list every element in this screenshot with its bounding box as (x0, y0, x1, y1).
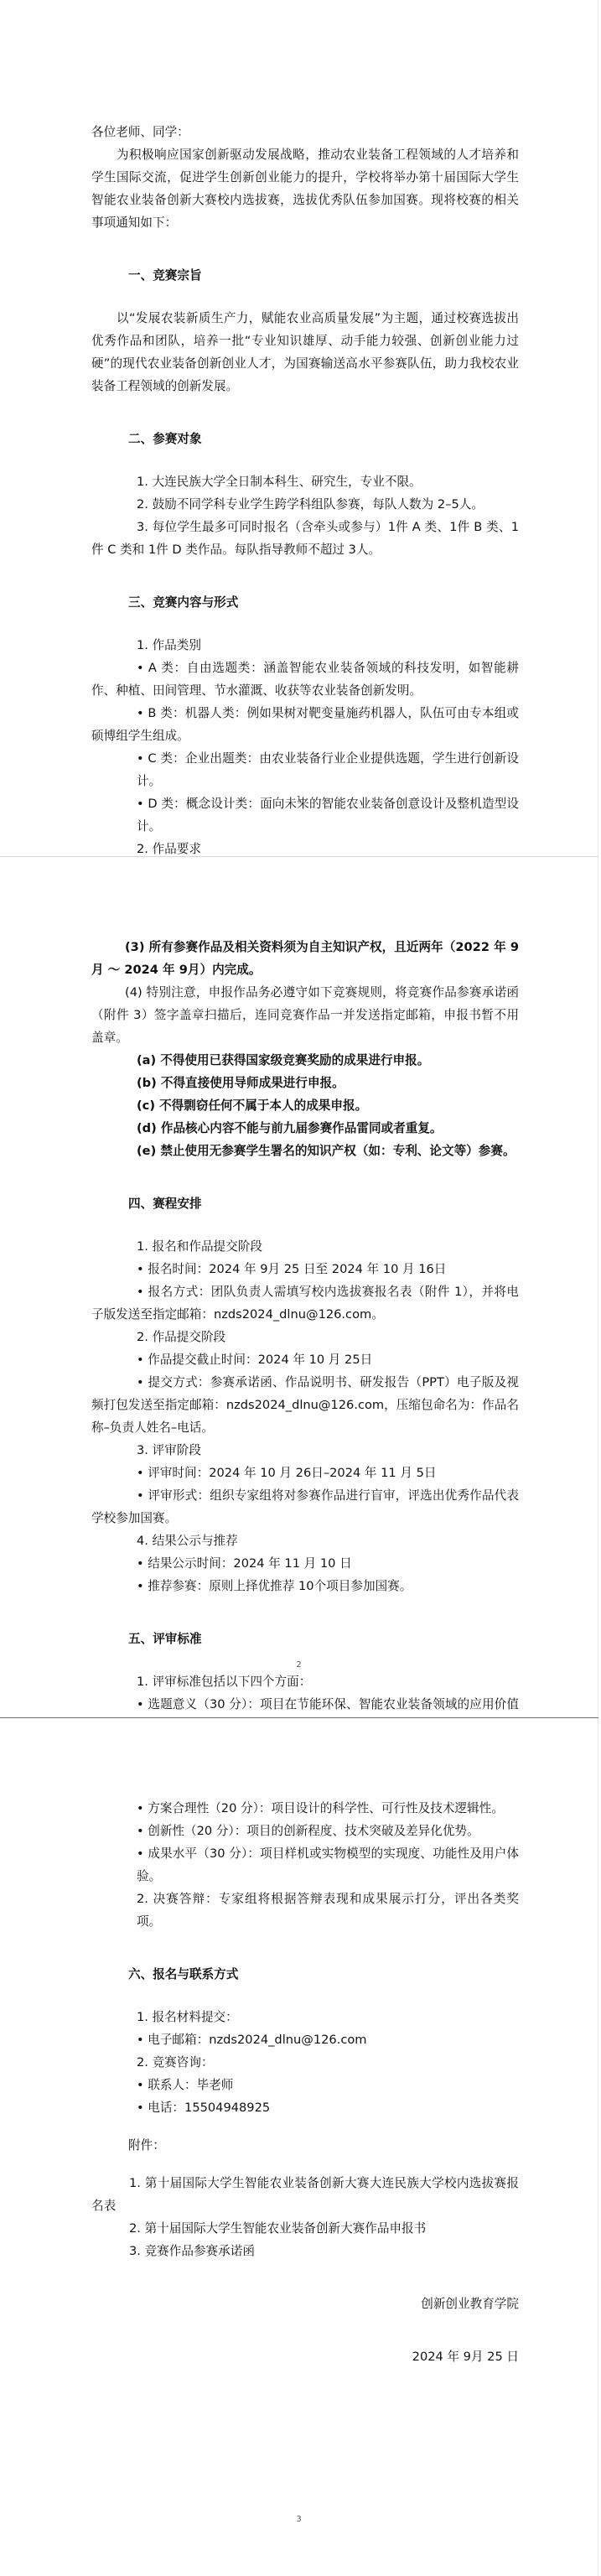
attachment-1: 1. 第十届国际大学生智能农业装备创新大赛大连民族大学校内选拔赛报名表 (91, 2172, 519, 2217)
rule-b: (b) 不得直接使用导师成果进行申报。 (91, 1072, 519, 1094)
page-number: 1 (0, 795, 598, 804)
category-heading: 1. 作品类别 (91, 634, 519, 657)
stage-1-bullet-2: • 报名方式：团队负责人需填写校内选拔赛报名表（附件 1），并将电子版发送至指定… (91, 1280, 519, 1326)
signature-date: 2024 年 9月 25 日 (91, 2345, 519, 2368)
scrollbar-track[interactable] (598, 0, 598, 2576)
submit-heading: 1. 报名材料提交： (91, 2006, 519, 2028)
requirement-4: (4) 特别注意，申报作品务必遵守如下竞赛规则，将竞赛作品参赛承诺函（附件 3）… (91, 981, 519, 1049)
signature-org: 创新创业教育学院 (91, 2293, 519, 2315)
section-heading-participants: 二、参赛对象 (91, 428, 519, 450)
participant-item-2: 2. 鼓励不同学科专业学生跨学科组队参赛，每队人数为 2–5人。 (91, 493, 519, 516)
requirement-3: (3) 所有参赛作品及相关资料须为自主知识产权，且近两年（2022 年 9月 ～… (91, 936, 519, 981)
rule-a: (a) 不得使用已获得国家级竞赛奖励的成果进行申报。 (91, 1049, 519, 1072)
stage-1-heading: 1. 报名和作品提交阶段 (91, 1235, 519, 1258)
page-1: 各位老师、同学： 为积极响应国家创新驱动发展战略，推动农业装备工程领域的人才培养… (0, 0, 598, 856)
section-heading-criteria: 五、评审标准 (91, 1628, 519, 1650)
rule-d: (d) 作品核心内容不能与前九届参赛作品雷同或者重复。 (91, 1117, 519, 1140)
purpose-paragraph: 以“发展农装新质生产力，赋能农业高质量发展”为主题，通过校赛选拔出优秀作品和团队… (91, 307, 519, 397)
section-heading-schedule: 四、赛程安排 (91, 1192, 519, 1215)
stage-4-heading: 4. 结果公示与推荐 (91, 1529, 519, 1552)
page-number: 2 (0, 1660, 598, 1670)
participant-item-1: 1. 大连民族大学全日制本科生、研究生，专业不限。 (91, 470, 519, 493)
contact-phone: • 电话：15504948925 (91, 2096, 519, 2119)
criterion-innovation: • 创新性（20 分）：项目的创新程度、技术突破及差异化优势。 (91, 1820, 519, 1842)
page-number: 3 (0, 2515, 598, 2524)
category-b: • B 类：机器人类：例如果树对靶变量施药机器人，队伍可由专本组或硕博组学生组成… (91, 702, 519, 747)
page-2-content: (3) 所有参赛作品及相关资料须为自主知识产权，且近两年（2022 年 9月 ～… (91, 936, 519, 1738)
section-heading-content: 三、竞赛内容与形式 (91, 591, 519, 614)
category-c: • C 类：企业出题类：由农业装备行业企业提供选题，学生进行创新设计。 (91, 747, 519, 792)
criterion-results: • 成果水平（30 分）：项目样机或实物模型的实现度、功能性及用户体验。 (91, 1842, 519, 1888)
greeting: 各位老师、同学： (91, 121, 519, 143)
page-3-content: • 方案合理性（20 分）：项目设计的科学性、可行性及技术逻辑性。 • 创新性（… (91, 1797, 519, 2368)
stage-4-bullet-2: • 推荐参赛：原则上择优推荐 10个项目参加国赛。 (91, 1575, 519, 1597)
stage-4-bullet-1: • 结果公示时间：2024 年 11 月 10 日 (91, 1552, 519, 1575)
contact-email[interactable]: • 电子邮箱：nzds2024_dlnu@126.com (91, 2028, 519, 2051)
section-heading-purpose: 一、竞赛宗旨 (91, 264, 519, 287)
page-3: • 方案合理性（20 分）：项目设计的科学性、可行性及技术逻辑性。 • 创新性（… (0, 1718, 598, 2576)
attachment-3: 3. 竞赛作品参赛承诺函 (91, 2240, 519, 2262)
page-2: (3) 所有参赛作品及相关资料须为自主知识产权，且近两年（2022 年 9月 ～… (0, 857, 598, 1717)
attachment-2: 2. 第十届国际大学生智能农业装备创新大赛作品申报书 (91, 2217, 519, 2240)
participant-item-3: 3. 每位学生最多可同时报名（含牵头或参与）1件 A 类、1件 B 类、1件 C… (91, 516, 519, 561)
contact-person: • 联系人：毕老师 (91, 2074, 519, 2096)
consult-heading: 2. 竞赛咨询： (91, 2051, 519, 2074)
criterion-feasibility: • 方案合理性（20 分）：项目设计的科学性、可行性及技术逻辑性。 (91, 1797, 519, 1820)
section-heading-contact: 六、报名与联系方式 (91, 1963, 519, 1986)
stage-2-heading: 2. 作品提交阶段 (91, 1326, 519, 1348)
rule-c: (c) 不得剽窃任何不属于本人的成果申报。 (91, 1094, 519, 1117)
category-a: • A 类：自由选题类：涵盖智能农业装备领域的科技发明，如智能耕作、种植、田间管… (91, 657, 519, 702)
stage-2-bullet-2: • 提交方式：参赛承诺函、作品说明书、研发报告（PPT）电子版及视频打包发送至指… (91, 1371, 519, 1439)
stage-3-heading: 3. 评审阶段 (91, 1439, 519, 1462)
stage-2-bullet-1: • 作品提交截止时间：2024 年 10 月 25日 (91, 1348, 519, 1371)
final-defense: 2. 决赛答辩：专家组将根据答辩表现和成果展示打分，评出各类奖项。 (91, 1888, 519, 1933)
stage-3-bullet-1: • 评审时间：2024 年 10 月 26日–2024 年 11 月 5日 (91, 1462, 519, 1484)
intro-paragraph: 为积极响应国家创新驱动发展战略，推动农业装备工程领域的人才培养和学生国际交流，促… (91, 143, 519, 234)
rule-e: (e) 禁止使用无参赛学生署名的知识产权（如：专利、论文等）参赛。 (91, 1140, 519, 1162)
stage-3-bullet-2: • 评审形式：组织专家组将对参赛作品进行盲审，评选出优秀作品代表学校参加国赛。 (91, 1484, 519, 1529)
criteria-heading: 1. 评审标准包括以下四个方面： (91, 1670, 519, 1693)
page-1-content: 各位老师、同学： 为积极响应国家创新驱动发展战略，推动农业装备工程领域的人才培养… (91, 121, 519, 951)
attachments-label: 附件： (91, 2134, 519, 2157)
stage-1-bullet-1: • 报名时间：2024 年 9月 25 日至 2024 年 10 月 16日 (91, 1258, 519, 1280)
